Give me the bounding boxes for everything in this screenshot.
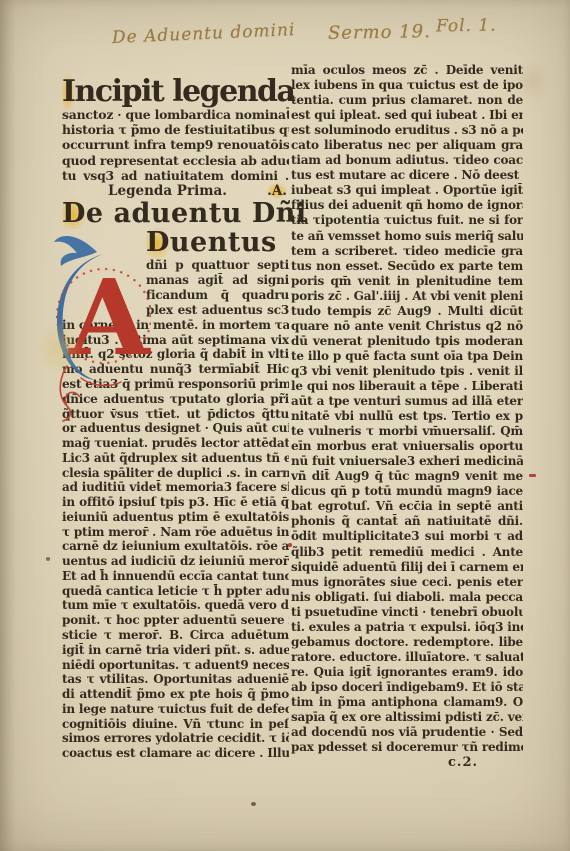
text-line: q̃ttuor v̄sus τtīet. ut p̄dictos q̃ttu	[62, 407, 289, 422]
text-line: vñ dit̄ Aug9 q̄ tūc magn9 venit me	[291, 469, 523, 484]
text-line: coactus est clamare ac dicere . Illu	[62, 746, 289, 761]
text-line: eīn morbus erat vniuersalis oportu	[291, 439, 523, 454]
text-line: bat egrotuſ. Vñ ecc̄ia in septē anti	[291, 499, 523, 514]
text-line: tas τ vtilitas. Oportunitas adueniē	[62, 672, 289, 687]
text-line: occurrunt infra temp9 renouatōis	[62, 137, 289, 152]
text-line: dicus qñ p totū mundū magn9 iace	[291, 484, 523, 499]
left-column: Incipit legenda sanctoz · que lombardica…	[62, 76, 289, 761]
text-line: in offitō ipsiuſ tpis p3. Hīc ē etiā q̄	[62, 495, 289, 510]
text-line: pax pdesset si doceremur τñ redime	[291, 740, 523, 755]
legenda-prima-label: Legenda Prima.	[108, 183, 227, 199]
quire-signature: c.2.	[448, 755, 490, 770]
text-line: clesia spāliter de duplici .s. in carnē …	[62, 466, 289, 481]
text-line: nis obligati. ſui diaboli. mala pecca	[291, 590, 523, 605]
text-line: Lic3 aūt q̃druplex sit aduentus tñ ec	[62, 451, 289, 466]
text-line: est soluminodo eruditus . s3 nō a pec	[291, 123, 523, 138]
text-line: in carnem. in mentē. in mortem τad	[62, 318, 289, 333]
text-line: sanctoz · que lombardica nominat̄	[62, 107, 289, 122]
legenda-prima-line: Legenda Prima. .A.	[62, 183, 289, 199]
text-line: cato liberatus nec per aliquam gra	[291, 138, 523, 153]
text-line: le qui nos liberauit a tēpe . Liberati	[291, 379, 523, 394]
text-line: uentus ad iudiciū dz ieiuniū meror̄.	[62, 554, 289, 569]
text-line: ti. exules a patria τ expulsi. iōq3 indi	[291, 620, 523, 635]
text-line: iubeat s3 qui impleat . Oportūe igit̄	[291, 183, 523, 198]
text-line: plex est aduentus sc3	[146, 303, 289, 318]
text-line: τ ptim meror̄ . Nam rōe aduētus in	[62, 525, 289, 540]
text-line: mag̃ τueniat. prudēs lector attēdat	[62, 436, 289, 451]
text-line: tu vsq3 ad natiuitatem domini .	[62, 168, 289, 183]
text-line: or aduentus designet · Quis aūt cui	[62, 421, 289, 436]
text-line: te añ vemsset homo suis meriq̃ salu	[291, 229, 523, 244]
text-line: re. Quia igit̄ ignorantes eram9. ido	[291, 665, 523, 680]
indented-lines: dñi p quattuor septimanas agit̄ ad signi…	[62, 258, 289, 318]
text-line: niēdi oportunitas. τ aduent9 necessi	[62, 658, 289, 673]
text-line: ad iuditiū videt̄ memoria3 facere sit̄	[62, 480, 289, 495]
text-line: q̃lib3 petit remediū medici . Ante	[291, 545, 523, 560]
text-line: filius dei aduenit qñ homo de ignorā	[291, 198, 523, 213]
text-line: poris zc̄ . Gal'.iiij . At vbi venit ple…	[291, 289, 523, 304]
text-line: tiam ad bonum adiutus. τideo coac	[291, 153, 523, 168]
incipit-heading: Incipit legenda	[62, 76, 289, 107]
text-line: ponit. τ hoc ppter aduentū seuere iu	[62, 613, 289, 628]
annotation-sermo: Sermo 19.	[328, 21, 431, 44]
text-line: Et ad h̄ innuendū eccīa cantat tunc	[62, 569, 289, 584]
text-line: nū fuit vniuersale3 exheri medicinā	[291, 454, 523, 469]
text-line: est qui ipleat. sed qui iubeat . Ibi enī	[291, 108, 523, 123]
text-line: ab ipso doceri īndigebam9. Et iō sta	[291, 680, 523, 695]
text-line: phonis q̃ cantat̄ añ natiuitatē dñi.	[291, 514, 523, 529]
text-line: tus est mutare ac dicere . Nō deest q̃	[291, 168, 523, 183]
text-line: ti psuetudīne vincti · tenebrī obuolu	[291, 605, 523, 620]
text-line: ratore. eductore. illuīatore. τ saluato	[291, 650, 523, 665]
aduentus-heading: Duentus	[146, 228, 289, 258]
text-line: dñi p quattuor septi	[146, 258, 289, 273]
left-body-lines: in carnem. in mentē. in mortem τadiuditu…	[62, 318, 289, 761]
text-line: quare nō ante venit Christus q2 nō	[291, 319, 523, 334]
text-line: q3 vbi venit plenitudo tpis . venit il	[291, 364, 523, 379]
ink-speck	[251, 802, 256, 806]
text-line: tus non esset. Secūdo ex parte tem	[291, 259, 523, 274]
text-line: ad docendū nos viā prudentie · Sed	[291, 725, 523, 740]
guide-letter: .A.	[267, 183, 287, 199]
text-line: in lege nature τuictus fuit de defectu	[62, 702, 289, 717]
ink-speck	[46, 557, 50, 561]
text-line: tim in p̃ma antiphona clamam9. O	[291, 695, 523, 710]
text-line: finit̄. q2 sctōz gloria q̃ dabit̄ in vlt…	[62, 347, 289, 362]
text-line: tentia. cum prius clamaret. non de	[291, 93, 523, 108]
annotation-title: De Aduentu domini	[112, 20, 296, 48]
text-line: siquidē aduentū filij dei ī carnem era	[291, 560, 523, 575]
text-line: mīa oculos meos zc̄ . Deīde venit	[291, 63, 523, 78]
text-line: di attendit̄ p̃mo ex pte hois q̃ p̃mo	[62, 687, 289, 702]
text-line: sticie τ meror̄. B. Circa aduētum	[62, 628, 289, 643]
text-line: sapīa q̃ ex ore altissimi pdisti zc̄. ve…	[291, 710, 523, 725]
right-column: mīa oculos meos zc̄ . Deīde venitlex iub…	[291, 63, 523, 755]
text-line: tia τipotentia τuictus fuit. ne si for	[291, 213, 523, 228]
text-line: tum mīe τ exultatōis. quedā vero de	[62, 598, 289, 613]
text-line: historia τ p̃mo de festiuitatibus que	[62, 122, 289, 137]
text-line: simos errores ydolatrie cecidit. τ iō	[62, 731, 289, 746]
text-line: dñice aduentus τputato gloria pr̃i	[62, 392, 289, 407]
text-line: ieiuniū aduentus ptim ē exultatōis	[62, 510, 289, 525]
text-line: mus ignorātes siue ceci. penis eter	[291, 575, 523, 590]
text-line: igit̄ in carnē tria videri pñt. s. adue	[62, 643, 289, 658]
annotation-folio: Fol. 1.	[436, 15, 497, 36]
text-line: mo aduentu nunq̃3 termīabit̄ Hic	[62, 362, 289, 377]
text-line: quod representat ecclesia ab aduen	[62, 153, 289, 168]
text-line: quedā cantica leticie τ h̄ ppter aduē	[62, 584, 289, 599]
text-line: te illo p quē facta sunt oīa tpa Dein	[291, 349, 523, 364]
text-line: gebamus doctore. redemptore. libe	[291, 635, 523, 650]
text-line: aūt a tpe venturi sumus ad illā eter	[291, 394, 523, 409]
text-line: nitatē vbi nullū est tps. Tertio ex p	[291, 409, 523, 424]
text-line: lex iubens īn qua τuictus est de ipo	[291, 78, 523, 93]
incipit-intro-lines: sanctoz · que lombardica nominat̄histori…	[62, 107, 289, 183]
text-line: manas agit̄ ad signi	[146, 273, 289, 288]
rubrication-mark	[529, 474, 536, 477]
text-line: iuditu3 . Vltima aūt septimana vix	[62, 333, 289, 348]
text-line: ficandum q̄ quadru	[146, 288, 289, 303]
chapter-heading: De aduentu Dñi	[62, 199, 289, 228]
incunable-page-scan: De Aduentu domini Sermo 19. Fol. 1. Inci…	[0, 0, 570, 851]
text-line: tem a scriberet. τideo medicīe gra	[291, 244, 523, 259]
text-line: tudo tempis zc̄ Aug9 . Multi dicūt	[291, 304, 523, 319]
text-line: ōdit multiplicitate3 sui morbi τ ad	[291, 529, 523, 544]
text-line: est etia3 q̄ primū responsoriū prime	[62, 377, 289, 392]
text-line: poris qm̄ venit in plenitudine tem	[291, 274, 523, 289]
text-line: dū venerat plenitudo tpis moderan	[291, 334, 523, 349]
text-line: cognitiōis diuine. Vñ τtunc in peſ	[62, 717, 289, 732]
text-line: te vulneris τ morbi vm̄uersaliſ. Qm̄	[291, 424, 523, 439]
text-line: carnē dz ieiunium exultatōis. rōe ad	[62, 539, 289, 554]
